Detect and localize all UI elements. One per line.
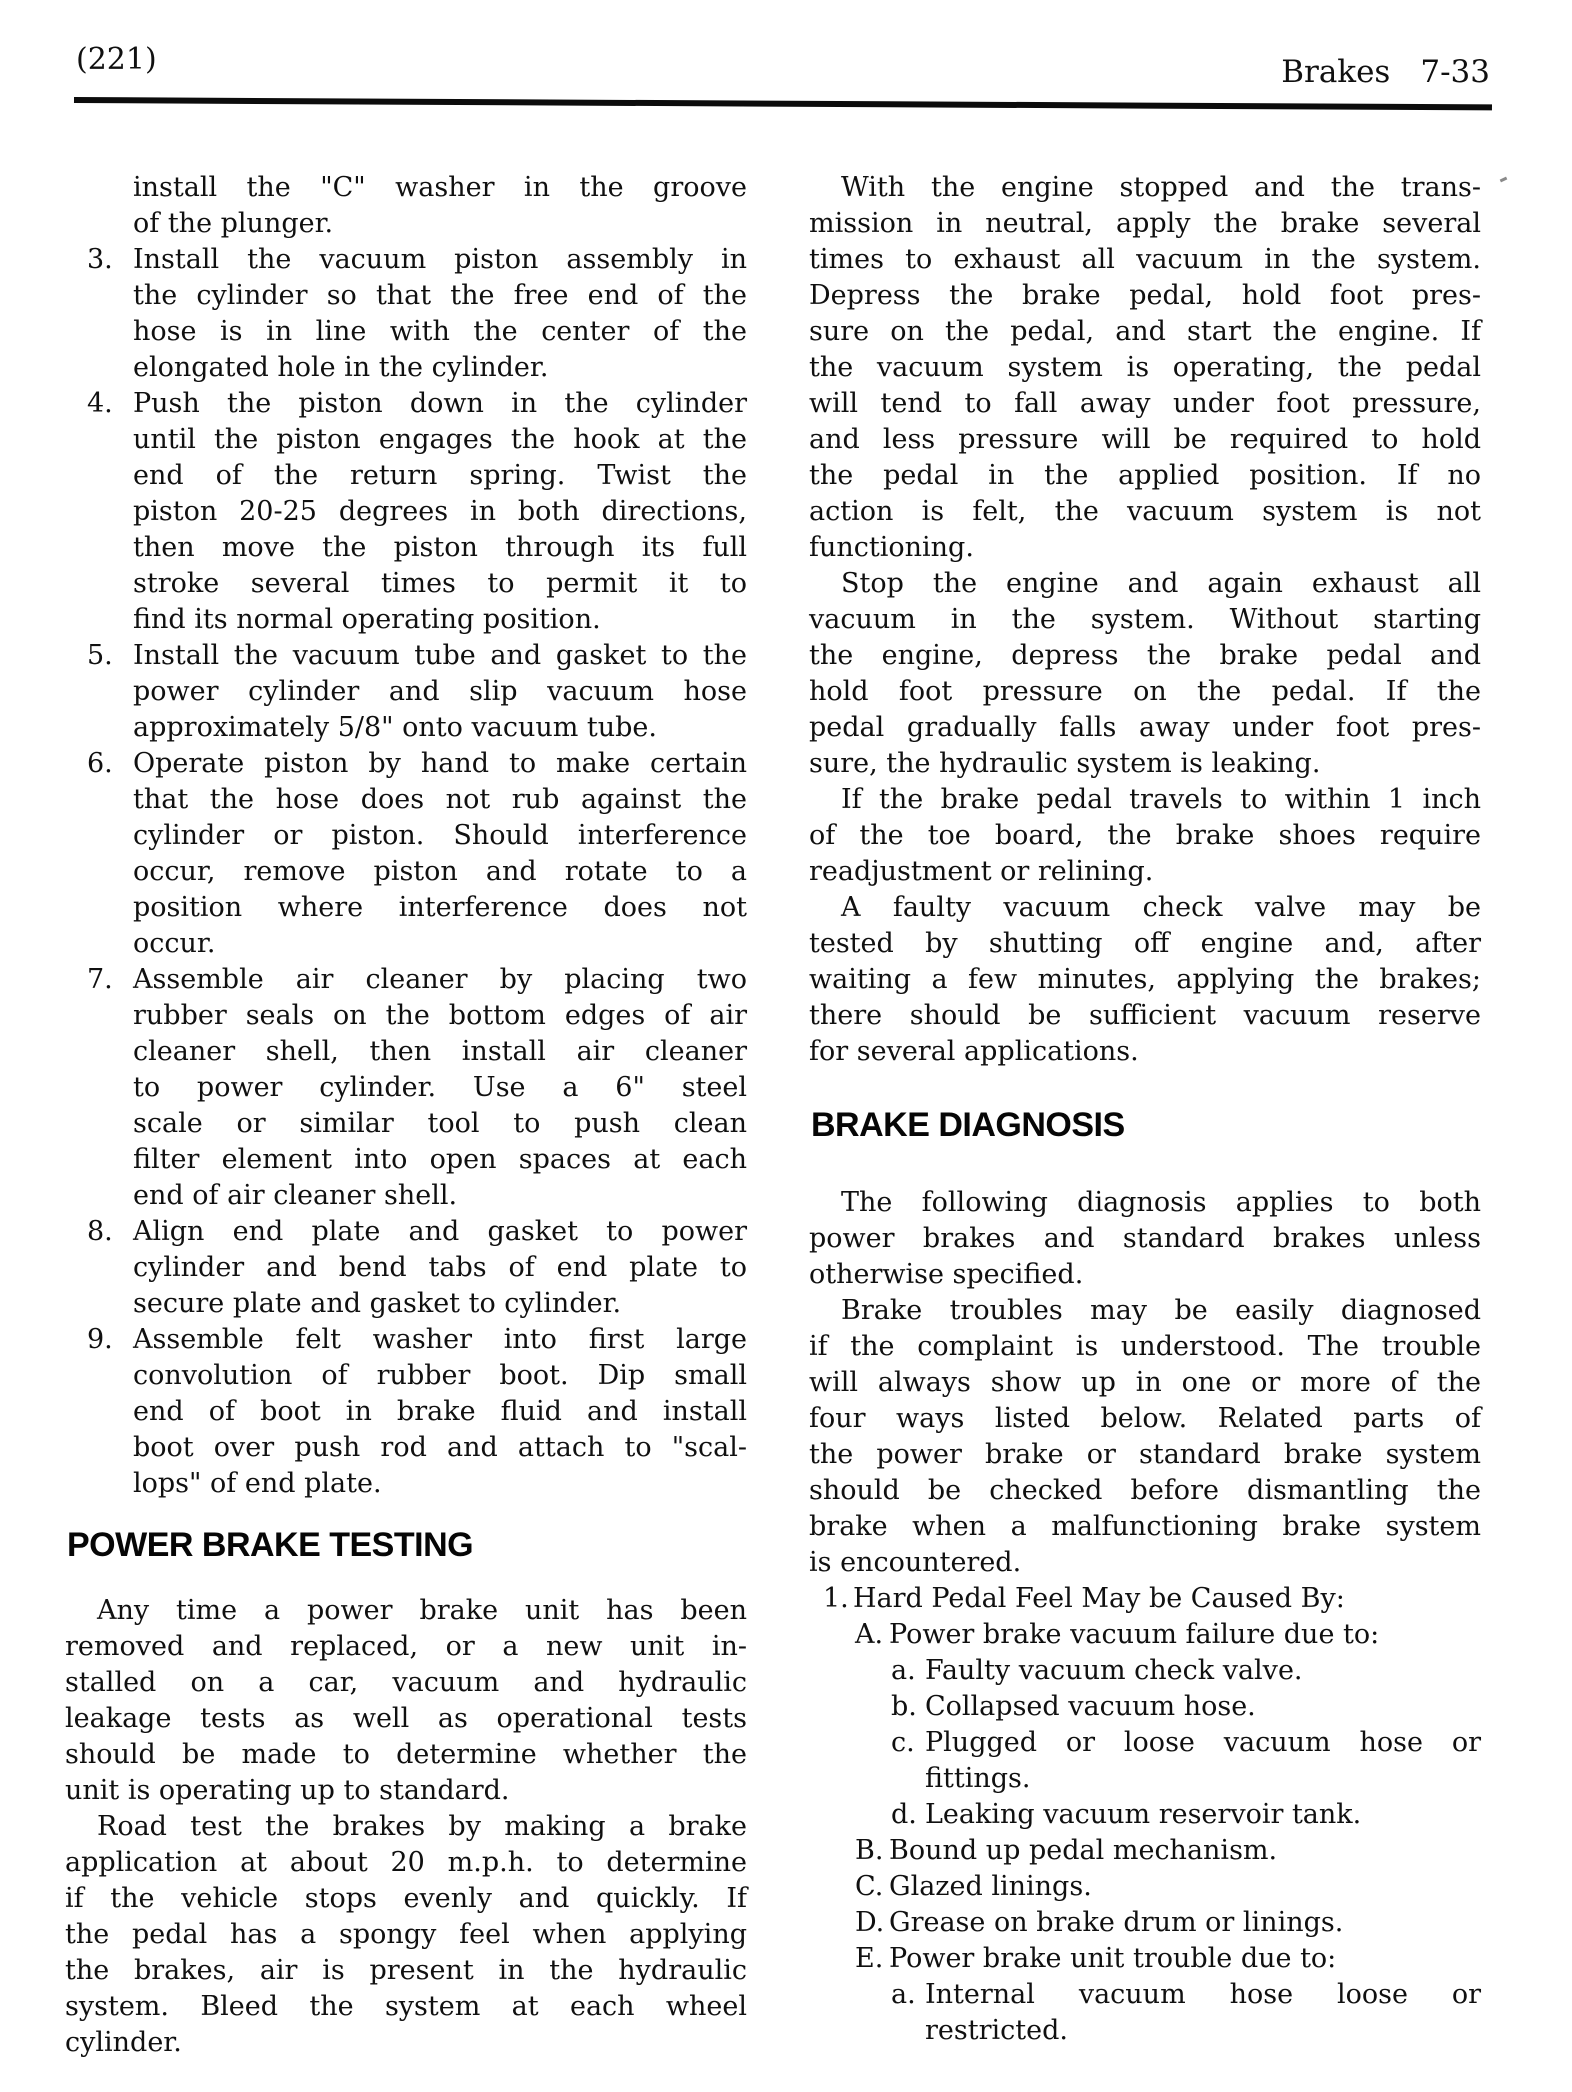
header-rule (74, 97, 1492, 110)
item-text: Power brake vacuum failure due to: (889, 1617, 1481, 1653)
diagnosis-item: d. Leaking vacuum reservoir tank. (809, 1797, 1481, 1833)
item-text: Install the vacuum tube and gasket to th… (133, 638, 747, 746)
item-number: 4. (87, 386, 113, 422)
diagnosis-item: 1. Hard Pedal Feel May be Caused By: (809, 1581, 1481, 1617)
list-item-4: 4. Push the piston down in the cylinderu… (65, 386, 747, 638)
list-item-8: 8. Align end plate and gasket to powercy… (65, 1214, 747, 1322)
right-column: With the engine stopped and the trans-mi… (809, 170, 1481, 2061)
item-text: Glazed linings. (889, 1869, 1481, 1905)
diagnosis-item: c. Plugged or loose vacuum hose orfittin… (809, 1725, 1481, 1797)
item-number: b. (891, 1689, 917, 1725)
manual-page: (221) Brakes7-33 install the "C" washer … (0, 0, 1572, 2092)
item-number: 7. (87, 962, 113, 998)
item-text: Assemble air cleaner by placing tworubbe… (133, 962, 747, 1214)
diagnosis-item: B. Bound up pedal mechanism. (809, 1833, 1481, 1869)
diagnosis-item: D. Grease on brake drum or linings. (809, 1905, 1481, 1941)
item-number: 3. (87, 242, 113, 278)
paragraph: With the engine stopped and the trans-mi… (809, 170, 1481, 566)
paragraph: If the brake pedal travels to within 1 i… (809, 782, 1481, 890)
page-number: (221) (76, 42, 157, 77)
item-number: a. (891, 1653, 916, 1689)
paragraph: Brake troubles may be easily diagnosedif… (809, 1293, 1481, 1581)
paragraph: Stop the engine and again exhaust allvac… (809, 566, 1481, 782)
diagnosis-item: A. Power brake vacuum failure due to: (809, 1617, 1481, 1653)
item-number: 5. (87, 638, 113, 674)
item-number: E. (855, 1941, 883, 1977)
item-text: Leaking vacuum reservoir tank. (925, 1797, 1481, 1833)
list-item-7: 7. Assemble air cleaner by placing tworu… (65, 962, 747, 1214)
diagnosis-item: C. Glazed linings. (809, 1869, 1481, 1905)
item-text: Faulty vacuum check valve. (925, 1653, 1481, 1689)
heading-power-brake-testing: POWER BRAKE TESTING (67, 1526, 747, 1565)
paragraph: A faulty vacuum check valve may betested… (809, 890, 1481, 1070)
left-column: install the "C" washer in the grooveof t… (65, 170, 747, 2061)
item-number: B. (855, 1833, 883, 1869)
list-item-6: 6. Operate piston by hand to make certai… (65, 746, 747, 962)
item-text: Install the vacuum piston assembly inthe… (133, 242, 747, 386)
paragraph: Road test the brakes by making a brakeap… (65, 1809, 747, 2061)
item-number: 8. (87, 1214, 113, 1250)
paragraph-continuation: install the "C" washer in the grooveof t… (65, 170, 747, 242)
heading-brake-diagnosis: BRAKE DIAGNOSIS (811, 1106, 1481, 1145)
paragraph: Any time a power brake unit has beenremo… (65, 1593, 747, 1809)
item-text: Power brake unit trouble due to: (889, 1941, 1481, 1977)
item-text: Plugged or loose vacuum hose orfittings. (925, 1725, 1481, 1797)
list-item-5: 5. Install the vacuum tube and gasket to… (65, 638, 747, 746)
item-number: c. (891, 1725, 915, 1761)
list-item-9: 9. Assemble felt washer into first large… (65, 1322, 747, 1502)
item-number: A. (855, 1617, 883, 1653)
item-text: Operate piston by hand to make certainth… (133, 746, 747, 962)
content-columns: install the "C" washer in the grooveof t… (65, 170, 1481, 2061)
page-header: Brakes7-33 (1281, 54, 1490, 90)
item-number: 1. (823, 1581, 849, 1617)
item-number: a. (891, 1977, 916, 2013)
item-number: C. (855, 1869, 883, 1905)
item-text: Internal vacuum hose loose orrestricted. (925, 1977, 1481, 2049)
paragraph: The following diagnosis applies to bothp… (809, 1185, 1481, 1293)
item-number: D. (855, 1905, 884, 1941)
diagnosis-item: a. Internal vacuum hose loose orrestrict… (809, 1977, 1481, 2049)
scan-speck (1500, 177, 1508, 183)
item-number: d. (891, 1797, 917, 1833)
item-number: 6. (87, 746, 113, 782)
header-section-title: Brakes (1281, 54, 1390, 90)
item-text: Push the piston down in the cylinderunti… (133, 386, 747, 638)
item-number: 9. (87, 1322, 113, 1358)
item-text: Grease on brake drum or linings. (889, 1905, 1481, 1941)
item-text: Hard Pedal Feel May be Caused By: (853, 1581, 1481, 1617)
item-text: Collapsed vacuum hose. (925, 1689, 1481, 1725)
list-item-3: 3. Install the vacuum piston assembly in… (65, 242, 747, 386)
item-text: Bound up pedal mechanism. (889, 1833, 1481, 1869)
header-page-ref: 7-33 (1420, 54, 1490, 90)
item-text: Align end plate and gasket to powercylin… (133, 1214, 747, 1322)
diagnosis-item: a. Faulty vacuum check valve. (809, 1653, 1481, 1689)
item-text: Assemble felt washer into first largecon… (133, 1322, 747, 1502)
diagnosis-item: b. Collapsed vacuum hose. (809, 1689, 1481, 1725)
diagnosis-item: E. Power brake unit trouble due to: (809, 1941, 1481, 1977)
